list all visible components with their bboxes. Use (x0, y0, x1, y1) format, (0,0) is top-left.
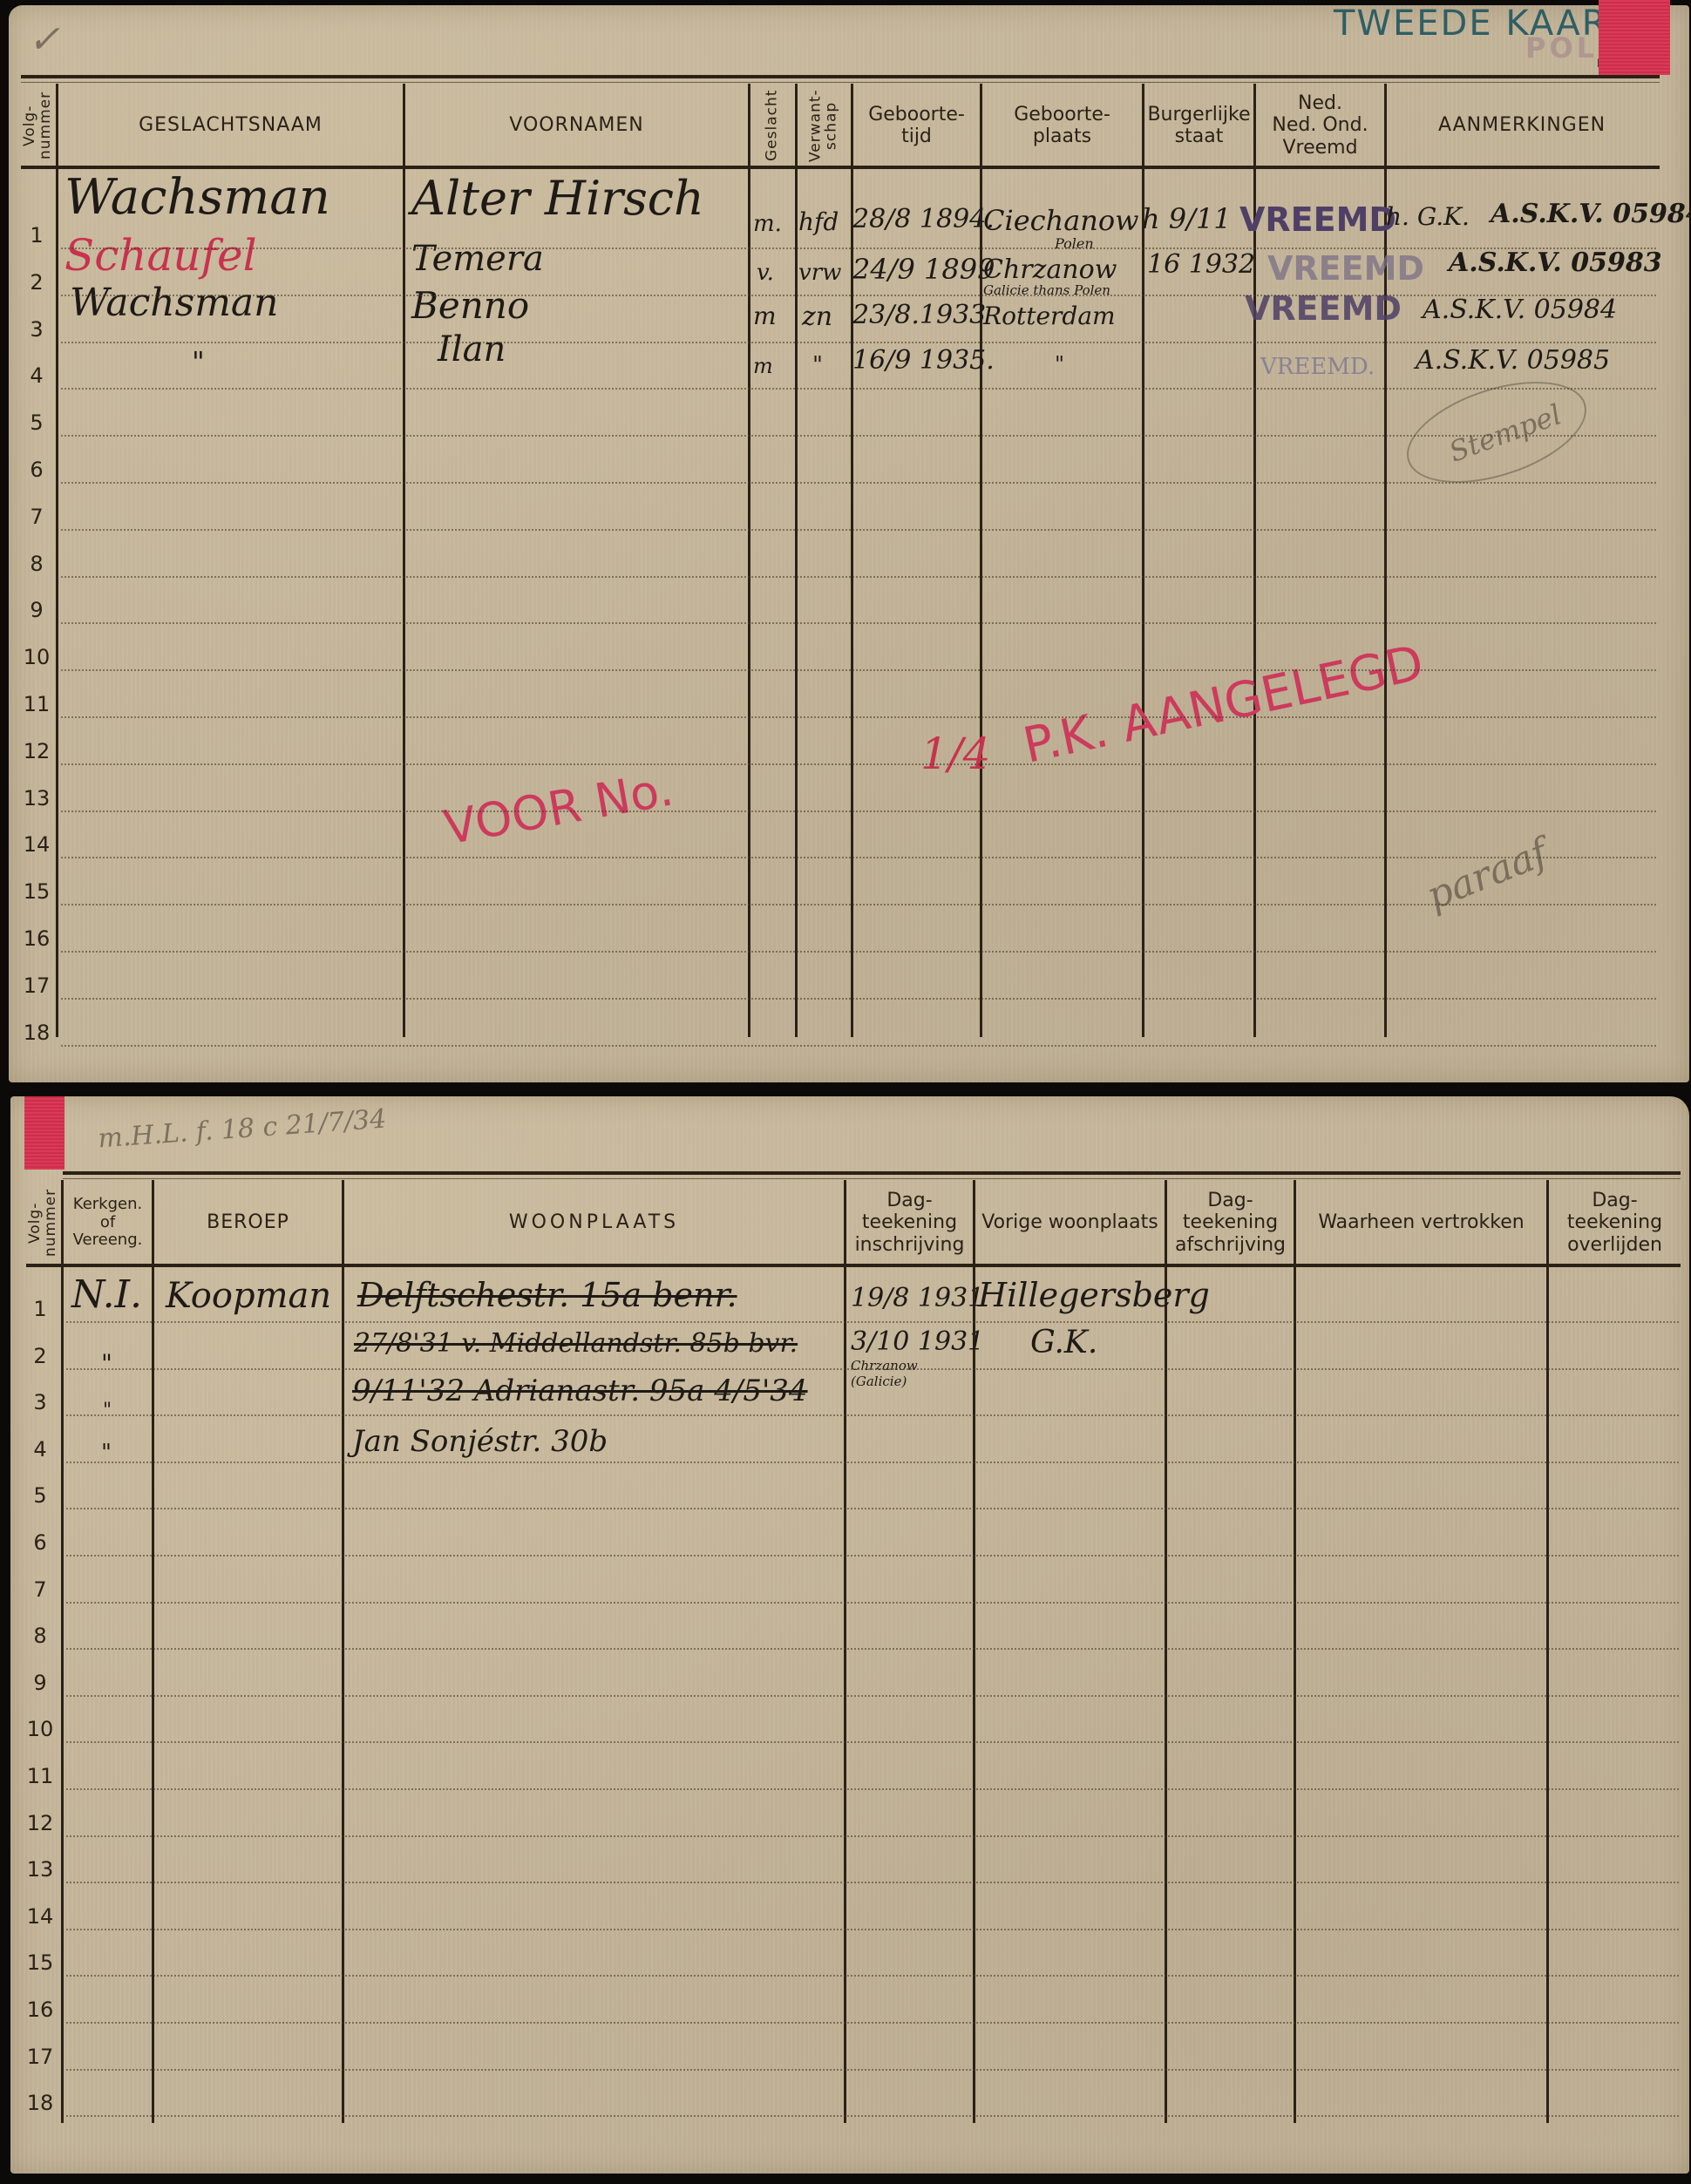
header-geboortetijd-line1: Geboorte- (868, 104, 965, 125)
row3-verwantschap: zn (802, 302, 832, 332)
row-number: 12 (23, 1811, 58, 1835)
row-ruling-line (61, 342, 1656, 343)
row-number: 14 (19, 832, 54, 857)
corner-check-mark: ✓ (28, 17, 60, 62)
header-beroep: BEROEP (154, 1182, 342, 1264)
stamp-voor-no: VOOR No. (440, 761, 677, 855)
row-number: 8 (23, 1624, 58, 1648)
row-number: 10 (19, 645, 54, 669)
row-ruling-line (61, 248, 1656, 249)
header-overlijden-line2: teekening (1567, 1211, 1662, 1233)
header-geboorteplaats-line1: Geboorte- (1014, 104, 1110, 125)
row-ruling-line (66, 1414, 1679, 1416)
row-number: 4 (19, 363, 54, 388)
row1-kerkgenootschap: N.I. (71, 1272, 142, 1317)
row-ruling-line (61, 716, 1656, 718)
row4-aanmerkingen: A.S.K.V. 05985 (1416, 345, 1610, 376)
row4-stamp-vreemd: VREEMD. (1260, 354, 1375, 380)
header-verwantschap: Verwant-schap (798, 85, 851, 166)
row1-aanmerkingen-prefix: h. G.K. (1386, 202, 1470, 231)
row3-geboorteplaats: Rotterdam (983, 302, 1116, 330)
col-divider (403, 84, 405, 1037)
row1-vorige-woonplaats: Hillegersberg (978, 1276, 1210, 1314)
red-index-tab (1599, 0, 1670, 75)
registration-card-front: ✓ TWEEDE KAART POL B. Volg-nummer GESLAC… (9, 5, 1689, 1082)
row-ruling-line (61, 998, 1656, 1000)
row-number: 7 (19, 505, 54, 529)
row-number: 15 (23, 1950, 58, 1975)
red-index-tab (24, 1096, 65, 1170)
row-number: 12 (19, 739, 54, 763)
row2-geboorteplaats: Chrzanow (983, 254, 1117, 285)
top-pencil-note: m.H.L. f. 18 c 21/7/34 (97, 1103, 387, 1154)
row2-geslacht: v. (757, 260, 774, 286)
col-divider (61, 1180, 64, 2123)
row-number: 11 (19, 692, 54, 716)
header-dagteekening-inschrijving: Dag- teekening inschrijving (846, 1182, 973, 1264)
header-dagteekening-overlijden: Dag- teekening overlijden (1549, 1182, 1681, 1264)
row-ruling-line (61, 763, 1656, 765)
header-overlijden-line3: overlijden (1567, 1234, 1662, 1256)
row1-burgerlijke-staat: h 9/11 (1142, 202, 1232, 235)
row1-stamp-vreemd: VREEMD (1239, 200, 1396, 239)
row2-voornamen: Temera (411, 239, 544, 279)
row1-woonplaats: Delftschestr. 15a benr. (357, 1276, 737, 1314)
row-number: 9 (23, 1671, 58, 1695)
row3-voornamen: Benno (411, 284, 529, 327)
header-kerkgenootschap: Kerkgen. of Vereeng. (64, 1182, 152, 1264)
col-divider (56, 84, 58, 1037)
header-afschrijving-line2: teekening (1183, 1211, 1278, 1233)
row-number: 2 (23, 1344, 58, 1368)
row4-geboortetijd: 16/9 1935. (852, 345, 995, 376)
row3-geboortetijd: 23/8.1933 (852, 300, 986, 330)
row3-geslacht: m (753, 302, 777, 330)
stamp-pol: POL (1525, 31, 1598, 64)
row-ruling-line (66, 1835, 1679, 1837)
row-ruling-line (66, 1368, 1679, 1370)
row3-kerkgenootschap: " (103, 1400, 112, 1421)
row-number: 18 (23, 2091, 58, 2115)
row-ruling-line (66, 1648, 1679, 1650)
header-top-rule (21, 75, 1660, 78)
row-number: 5 (23, 1483, 58, 1508)
header-burgerlijke-line1: Burgerlijke (1147, 104, 1250, 125)
row3-geslachtsnaam: Wachsman (70, 281, 279, 325)
row-ruling-line (66, 1695, 1679, 1697)
row-number: 13 (19, 786, 54, 811)
row-ruling-line (61, 576, 1656, 578)
header-ned-line1: Ned. (1298, 92, 1342, 114)
row3-aanmerkingen: A.S.K.V. 05984 (1423, 295, 1617, 325)
header-top-rule-thin (63, 1178, 1681, 1179)
row-number: 17 (19, 973, 54, 998)
header-ned-line3: Vreemd (1282, 137, 1357, 159)
row-number: 17 (23, 2045, 58, 2069)
row-ruling-line (66, 1788, 1679, 1790)
row1-geslacht: m. (753, 211, 782, 237)
row-number: 2 (19, 270, 54, 295)
header-aanmerkingen: AANMERKINGEN (1387, 85, 1657, 166)
row-number: 14 (23, 1904, 58, 1929)
row2-aanmerkingen: A.S.K.V. 05983 (1449, 248, 1662, 278)
header-overlijden-line1: Dag- (1592, 1190, 1637, 1211)
row-ruling-line (66, 2115, 1679, 2117)
row-ruling-line (66, 1975, 1679, 1977)
row2-verwantschap: vrw (798, 260, 841, 286)
row-number: 6 (23, 1530, 58, 1555)
header-afschrijving-line3: afschrijving (1175, 1234, 1286, 1256)
row2-kerkgenootschap: " (101, 1349, 112, 1378)
stamp-pk-aangelegd: P.K. AANGELEGD (1018, 634, 1428, 775)
row-number: 3 (19, 317, 54, 342)
row-ruling-line (66, 2022, 1679, 2024)
row-number: 16 (23, 1997, 58, 2022)
row-number: 5 (19, 410, 54, 435)
header-kerkgen-line1: Kerkgen. (73, 1196, 142, 1214)
row1-geboorteplaats: Ciechanow (983, 204, 1139, 237)
row-ruling-line (61, 904, 1656, 905)
row1-geboorteplaats-note: Polen (1055, 235, 1094, 252)
row4-woonplaats: Jan Sonjéstr. 30b (352, 1424, 608, 1459)
row1-beroep: Koopman (166, 1276, 331, 1316)
header-inschrijving-line2: teekening (862, 1211, 957, 1233)
row-ruling-line (66, 1929, 1679, 1930)
row-ruling-line (66, 2069, 1679, 2071)
handwritten-fraction: 1/4 (920, 729, 990, 779)
header-vorige-woonplaats: Vorige woonplaats (975, 1182, 1165, 1264)
row-ruling-line (61, 811, 1656, 812)
row-ruling-line (61, 622, 1656, 624)
row-number: 7 (23, 1577, 58, 1602)
row-number: 9 (19, 598, 54, 622)
row-number: 18 (19, 1021, 54, 1045)
row-ruling-line (61, 388, 1656, 390)
row1-geboortetijd: 28/8 1894. (852, 204, 995, 234)
row-number: 10 (23, 1717, 58, 1741)
row-number: 16 (19, 926, 54, 951)
header-top-rule-thin (21, 82, 1660, 83)
header-kerkgen-line3: Vereeng. (73, 1231, 143, 1250)
row-ruling-line (66, 1462, 1679, 1463)
row-ruling-line (66, 1555, 1679, 1557)
row1-aanmerkingen: A.S.K.V. 05984 (1491, 199, 1691, 229)
row2-inschrijving-note: Chrzanow (Galicie) (851, 1358, 973, 1389)
row4-geslacht: m (753, 354, 773, 378)
header-nationaliteit: Ned. Ned. Ond. Vreemd (1256, 85, 1384, 166)
row2-geslachtsnaam: Schaufel (65, 230, 257, 281)
header-geslachtsnaam: GESLACHTSNAAM (58, 85, 403, 166)
header-volgnummer: Volg-nummer (21, 85, 56, 166)
header-burgerlijke-staat: Burgerlijke staat (1144, 85, 1253, 166)
header-afschrijving-line1: Dag- (1207, 1190, 1253, 1211)
col-divider (748, 84, 750, 1037)
row-ruling-line (61, 295, 1656, 296)
row-number: 3 (23, 1390, 58, 1414)
row-number: 1 (19, 223, 54, 248)
row1-geslachtsnaam: Wachsman (65, 169, 330, 226)
row-ruling-line (61, 435, 1656, 437)
row2-burgerlijke-staat: 16 1932 (1147, 249, 1255, 280)
header-geboorteplaats: Geboorte- plaats (982, 85, 1142, 166)
row-ruling-line (66, 1741, 1679, 1743)
row-number: 6 (19, 458, 54, 482)
row4-geslachtsnaam: " (192, 345, 205, 378)
row-ruling-line (61, 669, 1656, 671)
row-ruling-line (61, 857, 1656, 858)
row-ruling-line (61, 529, 1656, 531)
header-waarheen-vertrokken: Waarheen vertrokken (1296, 1182, 1546, 1264)
row-number: 11 (23, 1764, 58, 1788)
header-kerkgen-line2: of (100, 1214, 115, 1232)
row1-voornamen: Alter Hirsch (411, 171, 704, 226)
header-woonplaats: WOONPLAATS (344, 1182, 844, 1264)
header-bottom-rule (26, 1264, 1681, 1267)
registration-card-back: m.H.L. f. 18 c 21/7/34 Volg-nummer Kerkg… (10, 1096, 1689, 2174)
row-ruling-line (66, 1602, 1679, 1604)
row-ruling-line (66, 1882, 1679, 1883)
row-ruling-line (61, 951, 1656, 953)
header-geboortetijd: Geboorte- tijd (853, 85, 980, 166)
header-ned-line2: Ned. Ond. (1272, 114, 1368, 136)
row-ruling-line (61, 1045, 1656, 1047)
row-number: 4 (23, 1437, 58, 1462)
row4-voornamen: Ilan (438, 329, 506, 370)
row2-vorige-woonplaats: G.K. (1030, 1325, 1097, 1360)
row2-woonplaats: 27/8'31 v. Middellandstr. 85b bvr. (354, 1328, 798, 1359)
row-number: 15 (19, 879, 54, 904)
header-inschrijving-line1: Dag- (886, 1190, 932, 1211)
header-geslacht: Geslacht (750, 85, 795, 166)
row2-inschrijving: 3/10 1931 (851, 1326, 984, 1357)
header-top-rule (63, 1171, 1681, 1175)
row3-woonplaats: 9/11'32 Adrianastr. 95a 4/5'34 (352, 1373, 808, 1408)
row4-verwantschap: " (812, 352, 823, 378)
row-ruling-line (61, 482, 1656, 484)
header-dagteekening-afschrijving: Dag- teekening afschrijving (1167, 1182, 1294, 1264)
header-geboorteplaats-line2: plaats (1033, 125, 1091, 147)
header-voornamen: VOORNAMEN (405, 85, 748, 166)
row1-verwantschap: hfd (798, 207, 839, 236)
row2-stamp-vreemd: VREEMD (1267, 249, 1424, 288)
row-number: 8 (19, 552, 54, 576)
row-number: 1 (23, 1297, 58, 1321)
row4-geboorteplaats: " (1055, 352, 1064, 376)
row-ruling-line (66, 1508, 1679, 1509)
row-ruling-line (66, 1321, 1679, 1323)
row-number: 13 (23, 1857, 58, 1882)
header-inschrijving-line3: inschrijving (855, 1234, 965, 1256)
header-burgerlijke-line2: staat (1175, 125, 1224, 147)
col-divider (795, 84, 798, 1037)
header-volgnummer: Volg-nummer (26, 1182, 61, 1264)
header-geboortetijd-line2: tijd (901, 125, 932, 147)
row1-inschrijving: 19/8 1931 (851, 1283, 984, 1313)
row2-geboortetijd: 24/9 1899 (852, 253, 995, 286)
